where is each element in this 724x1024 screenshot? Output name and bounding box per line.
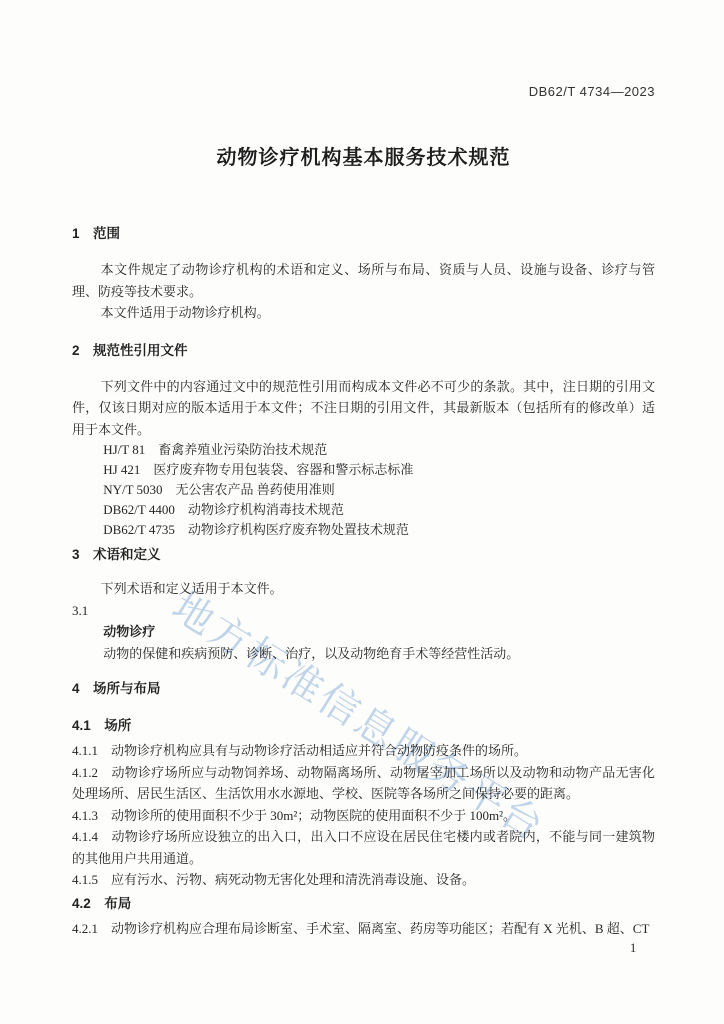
section-2-heading: 2 规范性引用文件 <box>72 340 655 362</box>
section-3-heading: 3 术语和定义 <box>72 544 655 566</box>
reference-item: HJ 421 医疗废弃物专用包装袋、容器和警示标志标准 <box>72 460 655 480</box>
clause-4-2-1: 4.2.1 动物诊疗机构应合理布局诊断室、手术室、隔离室、药房等功能区；若配有 … <box>72 918 655 940</box>
subsection-4-2-heading: 4.2 布局 <box>72 893 655 915</box>
term-name: 动物诊疗 <box>72 621 655 643</box>
term-number: 3.1 <box>72 600 655 622</box>
reference-item: HJ/T 81 畜禽养殖业污染防治技术规范 <box>72 440 655 460</box>
term-definition: 动物的保健和疾病预防、诊断、治疗，以及动物绝育手术等经营性活动。 <box>72 643 655 665</box>
reference-item: NY/T 5030 无公害农产品 兽药使用准则 <box>72 480 655 500</box>
clause-4-1-5: 4.1.5 应有污水、污物、病死动物无害化处理和清洗消毒设施、设备。 <box>72 869 655 891</box>
page-content: DB62/T 4734—2023 动物诊疗机构基本服务技术规范 1 范围 本文件… <box>72 84 655 939</box>
section-3-paragraph-1: 下列术语和定义适用于本文件。 <box>72 578 655 600</box>
section-1-paragraph-1: 本文件规定了动物诊疗机构的术语和定义、场所与布局、资质与人员、设施与设备、诊疗与… <box>72 259 655 302</box>
section-1-heading: 1 范围 <box>72 223 655 245</box>
normative-references-list: HJ/T 81 畜禽养殖业污染防治技术规范 HJ 421 医疗废弃物专用包装袋、… <box>72 440 655 540</box>
reference-item: DB62/T 4735 动物诊疗机构医疗废弃物处置技术规范 <box>72 520 655 540</box>
clause-4-1-3: 4.1.3 动物诊所的使用面积不少于 30m²；动物医院的使用面积不少于 100… <box>72 805 655 827</box>
standard-code-header: DB62/T 4734—2023 <box>72 84 655 100</box>
reference-item: DB62/T 4400 动物诊疗机构消毒技术规范 <box>72 500 655 520</box>
document-title: 动物诊疗机构基本服务技术规范 <box>72 144 655 172</box>
page-number: 1 <box>630 941 636 956</box>
clause-4-1-1: 4.1.1 动物诊疗机构应具有与动物诊疗活动相适应并符合动物防疫条件的场所。 <box>72 740 655 762</box>
standard-document-page: 地方标准信息服务平台 DB62/T 4734—2023 动物诊疗机构基本服务技术… <box>0 0 724 1024</box>
clause-4-1-4: 4.1.4 动物诊疗场所应设独立的出入口，出入口不应设在居民住宅楼内或者院内，不… <box>72 826 655 869</box>
section-2-paragraph-1: 下列文件中的内容通过文中的规范性引用而构成本文件必不可少的条款。其中，注日期的引… <box>72 376 655 441</box>
clause-4-1-2: 4.1.2 动物诊疗场所应与动物饲养场、动物隔离场所、动物屠宰加工场所以及动物和… <box>72 762 655 805</box>
section-1-paragraph-2: 本文件适用于动物诊疗机构。 <box>72 302 655 324</box>
subsection-4-1-heading: 4.1 场所 <box>72 715 655 737</box>
section-4-heading: 4 场所与布局 <box>72 678 655 700</box>
